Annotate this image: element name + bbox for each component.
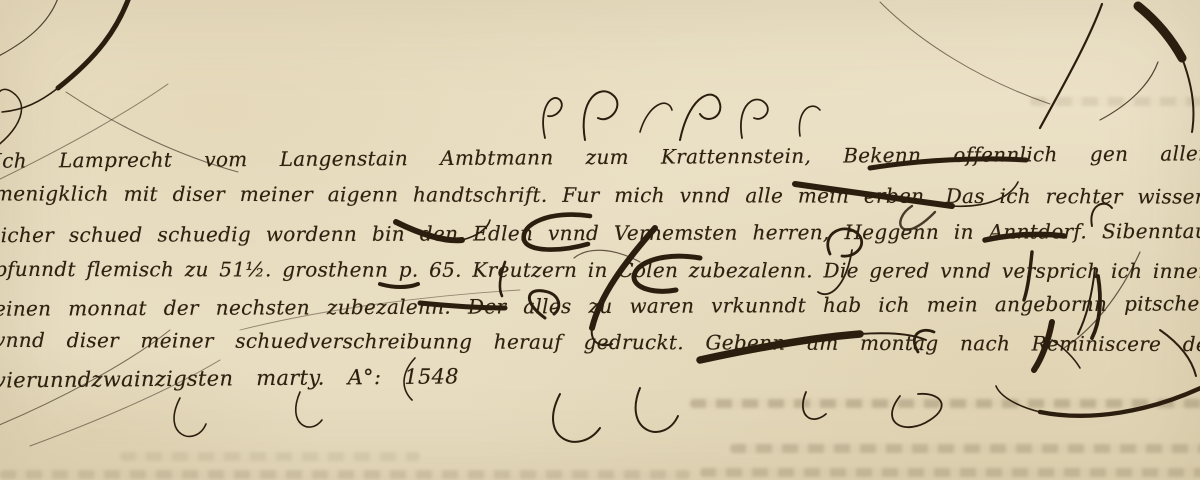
manuscript-line-2: menigklich mit diser meiner aigenn handt…: [0, 180, 1200, 213]
manuscript-text: Ich Lamprecht vom Langenstain Ambtmann z…: [0, 0, 1200, 480]
manuscript-line-6: vnnd diser meiner schuedverschreibunng h…: [0, 327, 1200, 361]
manuscript-line-3: licher schued schuedig wordenn bin den E…: [0, 218, 1200, 252]
manuscript-line-4: pfunndt flemisch zu 51½. grosthenn p. 65…: [0, 256, 1200, 288]
manuscript-line-5: einen monnat der nechsten zubezalenn. De…: [0, 290, 1200, 325]
manuscript-line-1: Ich Lamprecht vom Langenstain Ambtmann z…: [0, 140, 1200, 177]
manuscript-line-7: vierunndzwainzigsten marty. A°: 1548: [0, 363, 554, 398]
manuscript-scan: Ich Lamprecht vom Langenstain Ambtmann z…: [0, 0, 1200, 480]
